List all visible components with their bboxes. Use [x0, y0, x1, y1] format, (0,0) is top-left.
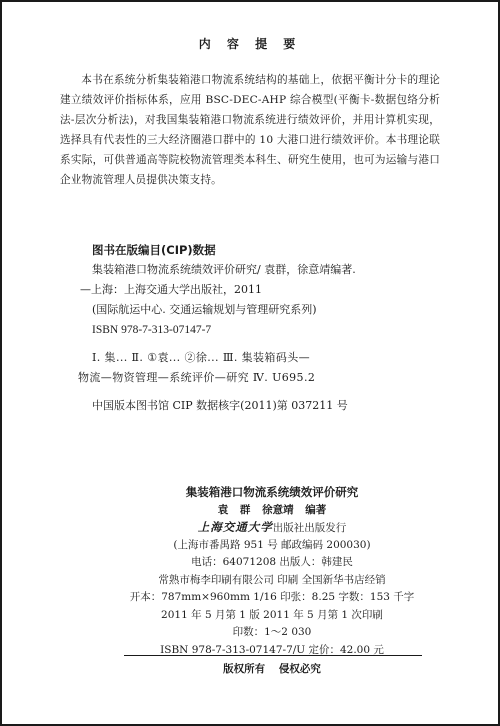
colophon-edition: 2011 年 5 月第 1 版 2011 年 5 月第 1 次印刷: [112, 607, 432, 625]
summary-body: 本书在系统分析集装箱港口物流系统结构的基础上，依据平衡计分卡的理论建立绩效评价指…: [60, 70, 440, 190]
rights-notice: 版权所有 侵权必究: [112, 661, 432, 676]
colophon-authors: 袁 群 徐意靖 编著: [112, 502, 432, 520]
cip-classification: Ⅰ. 集... Ⅱ. ①袁... ②徐... Ⅲ. 集装箱码头— 物流—物资管理…: [92, 348, 452, 388]
colophon-address: (上海市番禺路 951 号 邮政编码 200030): [112, 537, 432, 555]
colophon-isbn-price: ISBN 978-7-313-07147-7/U 定价：42.00 元: [112, 642, 432, 660]
colophon-print-run: 印数：1～2 030: [112, 624, 432, 642]
cip-data-block: 图书在版编目(CIP)数据 集装箱港口物流系统绩效评价研究/ 袁群，徐意靖编著.…: [92, 242, 452, 416]
colophon-phone-publisher: 电话：64071208 出版人：韩建民: [112, 554, 432, 572]
summary-title: 内 容 提 要: [2, 35, 498, 52]
colophon-format: 开本：787mm×960mm 1/16 印张：8.25 字数：153 千字: [112, 589, 432, 607]
separator-line: [124, 655, 422, 656]
cip-heading: 图书在版编目(CIP)数据: [92, 242, 452, 258]
cip-isbn-line: ISBN 978-7-313-07147-7: [92, 320, 452, 340]
cip-series-line: (国际航运中心. 交通运输规划与管理研究系列): [92, 300, 452, 320]
colophon: 集装箱港口物流系统绩效评价研究 袁 群 徐意靖 编著 上海交通大学出版社出版发行…: [112, 484, 432, 659]
colophon-printing: 常熟市梅李印刷有限公司 印刷 全国新华书店经销: [112, 572, 432, 590]
cip-classification-line-2: 物流—物资管理—系统评价—研究 Ⅳ. U695.2: [78, 368, 452, 388]
copyright-page: 内 容 提 要 本书在系统分析集装箱港口物流系统结构的基础上，依据平衡计分卡的理…: [0, 0, 500, 726]
publisher-logo: 上海交通大学: [198, 520, 273, 534]
colophon-title: 集装箱港口物流系统绩效评价研究: [112, 484, 432, 502]
cip-publisher-line: —上海：上海交通大学出版社，2011: [80, 280, 452, 300]
publisher-suffix: 出版社出版发行: [273, 522, 347, 534]
summary-paragraph: 本书在系统分析集装箱港口物流系统结构的基础上，依据平衡计分卡的理论建立绩效评价指…: [60, 70, 440, 190]
colophon-publisher: 上海交通大学出版社出版发行: [112, 519, 432, 537]
cip-record-number: 中国版本图书馆 CIP 数据核字(2011)第 037211 号: [92, 396, 452, 416]
cip-classification-line-1: Ⅰ. 集... Ⅱ. ①袁... ②徐... Ⅲ. 集装箱码头—: [92, 348, 452, 368]
cip-title-line: 集装箱港口物流系统绩效评价研究/ 袁群，徐意靖编著.: [92, 260, 452, 280]
